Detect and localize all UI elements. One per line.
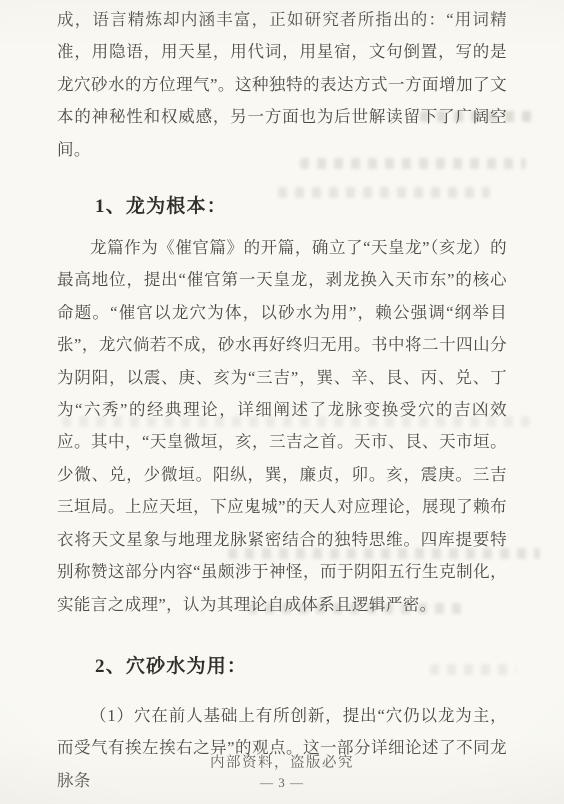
document-body: 成，语言精炼却内涵丰富，正如研究者所指出的：“用词精准，用隐语，用天星，用代词，… (57, 4, 507, 797)
section-heading-dragon-foundation: 1、龙为根本： (57, 191, 507, 218)
paragraph-dragon-foundation: 龙篇作为《催官篇》的开篇，确立了“天皇龙”（亥龙）的最高地位，提出“催官第一天皇… (57, 232, 507, 621)
section-heading-cave-sand-water: 2、穴砂水为用： (57, 651, 507, 678)
footer-page-number: — 3 — (0, 775, 564, 791)
page-footer: 内部资料，盗版必究 — 3 — (0, 751, 564, 791)
paragraph-continuation: 成，语言精炼却内涵丰富，正如研究者所指出的：“用词精准，用隐语，用天星，用代词，… (57, 4, 507, 166)
scanned-document-page: 成，语言精炼却内涵丰富，正如研究者所指出的：“用词精准，用隐语，用天星，用代词，… (0, 0, 564, 804)
footer-notice: 内部资料，盗版必究 (0, 751, 564, 772)
